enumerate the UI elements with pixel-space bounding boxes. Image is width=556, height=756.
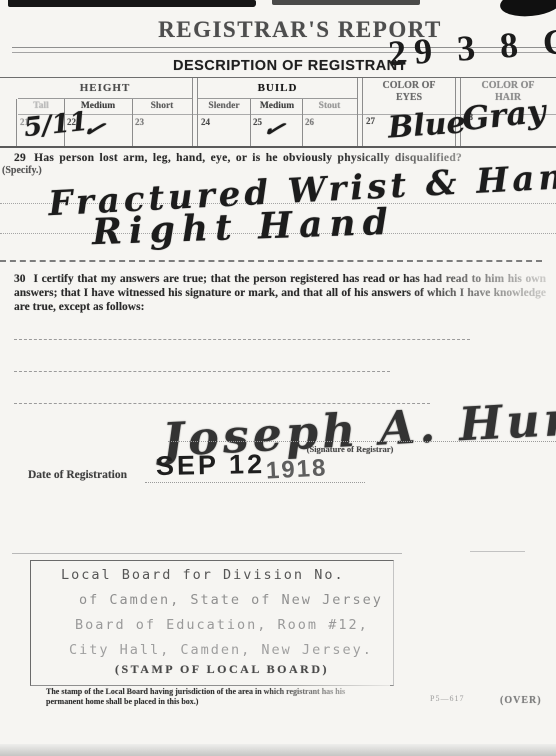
blank-answer-line bbox=[14, 371, 390, 372]
signature-caption: (Signature of Registrar) bbox=[265, 444, 435, 454]
question-29-number: 29 bbox=[14, 152, 34, 164]
subcolumn-medium-build: Medium bbox=[252, 101, 302, 111]
table-section-divider bbox=[192, 78, 198, 146]
column-group-build: BUILD bbox=[198, 82, 357, 94]
signature-line bbox=[168, 441, 556, 442]
date-stamp-month-day: SEP 12 bbox=[156, 449, 266, 482]
handwritten-hair-color: Gray bbox=[460, 92, 547, 139]
stamp-text-line-3: Board of Education, Room #12, bbox=[75, 617, 369, 633]
date-stamp-year: 1918 bbox=[265, 454, 328, 485]
scan-bottom-edge bbox=[0, 744, 556, 756]
handwritten-eye-color: Blue bbox=[387, 105, 467, 145]
stamp-text-line-2: of Camden, State of New Jersey bbox=[79, 592, 383, 608]
blank-answer-line bbox=[14, 339, 470, 340]
subcolumn-short: Short bbox=[134, 101, 190, 111]
divider bbox=[470, 551, 525, 552]
table-rule bbox=[16, 99, 17, 146]
column-header-eyes: COLOR OF EYES bbox=[372, 80, 446, 104]
question-30-text: I certify that my answers are true; that… bbox=[14, 273, 546, 313]
checkmark-medium-build: ✓ bbox=[259, 113, 289, 144]
cell-number-25: 25 bbox=[253, 117, 262, 127]
column-group-height: HEIGHT bbox=[18, 82, 192, 94]
scan-edge-artifact bbox=[8, 0, 256, 7]
cell-number-27: 27 bbox=[366, 116, 375, 126]
stamp-text-line-4: City Hall, Camden, New Jersey. bbox=[69, 642, 373, 658]
cell-number-23: 23 bbox=[135, 117, 144, 127]
form-number: P5—617 bbox=[430, 694, 464, 703]
over-label: (OVER) bbox=[500, 695, 542, 706]
local-board-stamp-box: Local Board for Division No. of Camden, … bbox=[30, 560, 394, 686]
table-rule bbox=[250, 99, 251, 146]
date-of-registration-label: Date of Registration bbox=[28, 469, 127, 481]
subcolumn-stout: Stout bbox=[304, 101, 355, 111]
cell-number-26: 26 bbox=[305, 117, 314, 127]
cell-number-24: 24 bbox=[201, 117, 210, 127]
table-rule bbox=[18, 98, 192, 99]
question-30-number: 30 bbox=[14, 273, 34, 285]
table-rule bbox=[302, 99, 303, 146]
stamp-instruction-note: The stamp of the Local Board having juri… bbox=[46, 687, 378, 707]
table-rule bbox=[132, 99, 133, 146]
table-rule bbox=[198, 98, 357, 99]
question-29-text: Has person lost arm, leg, hand, eye, or … bbox=[34, 152, 462, 164]
table-section-divider bbox=[357, 78, 363, 146]
question-30: 30I certify that my answers are true; th… bbox=[14, 272, 546, 314]
date-line bbox=[145, 482, 365, 483]
divider bbox=[0, 77, 556, 78]
table-rule bbox=[0, 146, 556, 148]
stamp-box-caption: (STAMP OF LOCAL BOARD) bbox=[115, 662, 329, 677]
registrars-report-document: REGISTRAR'S REPORT 29 3 8 C DESCRIPTION … bbox=[0, 0, 556, 756]
scan-edge-artifact bbox=[272, 0, 420, 5]
divider bbox=[0, 260, 542, 262]
divider bbox=[12, 553, 402, 554]
specify-label: (Specify.) bbox=[2, 165, 42, 176]
subcolumn-slender: Slender bbox=[198, 101, 250, 111]
stamp-text-line-1: Local Board for Division No. bbox=[61, 567, 345, 583]
section-header: DESCRIPTION OF REGISTRANT bbox=[30, 58, 550, 74]
